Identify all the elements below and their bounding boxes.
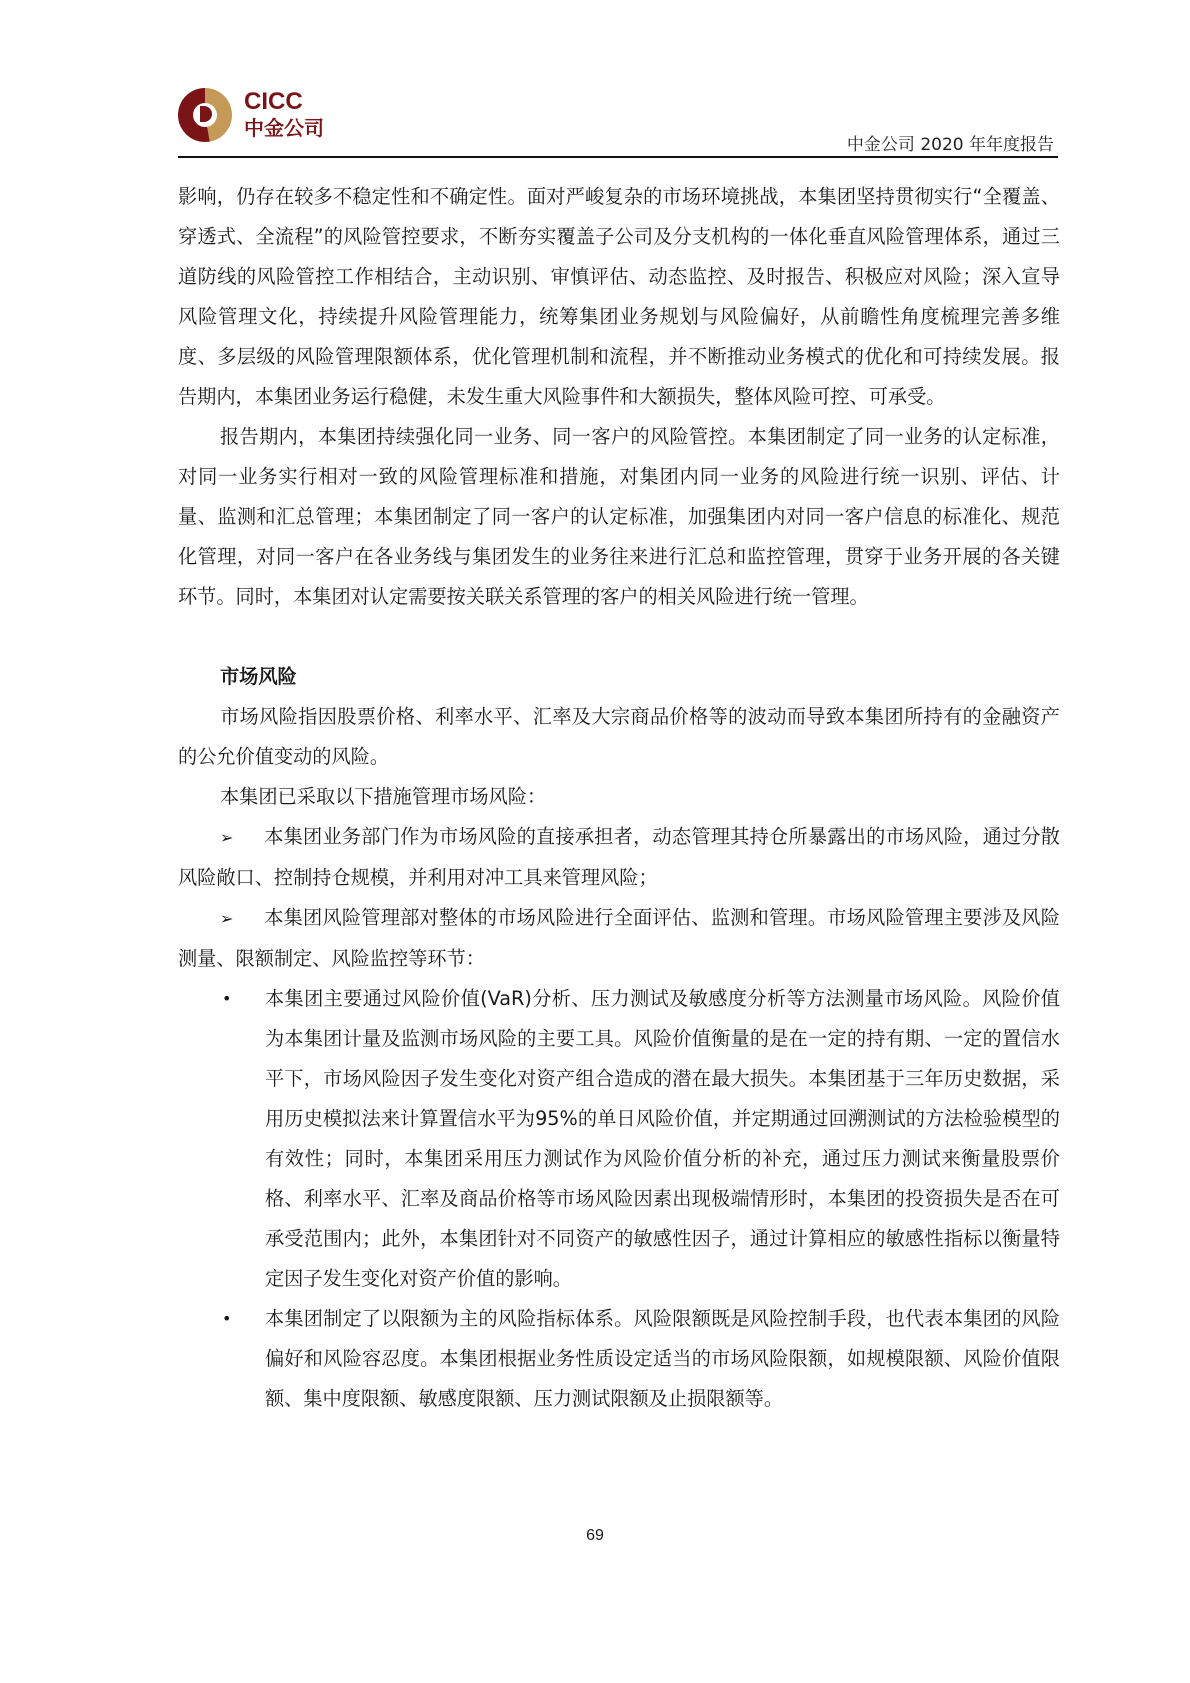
bullet-list-item: •本集团制定了以限额为主的风险指标体系。风险限额既是风险控制手段，也代表本集团的…	[178, 1299, 1060, 1419]
page-body: 影响，仍存在较多不稳定性和不确定性。面对严峻复杂的市场环境挑战，本集团坚持贯彻实…	[178, 177, 1060, 1419]
paragraph-measures-intro: 本集团已采取以下措施管理市场风险：	[178, 777, 1060, 817]
arrow-bullet-icon: ➢	[220, 899, 264, 939]
header-divider	[178, 156, 1058, 158]
bullet-list-item: •本集团主要通过风险价值(VaR)分析、压力测试及敏感度分析等方法测量市场风险。…	[178, 979, 1060, 1299]
report-title: 中金公司 2020 年年度报告	[847, 130, 1054, 155]
bullet-dot-icon: •	[222, 1299, 231, 1339]
logo-english-name: CICC	[244, 90, 303, 114]
arrow-list-item: ➢本集团业务部门作为市场风险的直接承担者，动态管理其持仓所暴露出的市场风险，通过…	[178, 817, 1060, 898]
page-number: 69	[0, 1527, 1190, 1545]
arrow-list-item: ➢本集团风险管理部对整体的市场风险进行全面评估、监测和管理。市场风险管理主要涉及…	[178, 898, 1060, 979]
cicc-logo: CICC 中金公司	[178, 88, 338, 144]
logo-chinese-name: 中金公司	[244, 116, 324, 140]
cicc-logo-mark-icon	[178, 88, 232, 142]
bullet-dot-icon: •	[222, 979, 231, 1019]
arrow-bullet-icon: ➢	[220, 818, 264, 858]
paragraph-same-business-client: 报告期内，本集团持续强化同一业务、同一客户的风险管控。本集团制定了同一业务的认定…	[178, 417, 1060, 617]
paragraph-market-risk-definition: 市场风险指因股票价格、利率水平、汇率及大宗商品价格等的波动而导致本集团所持有的金…	[178, 697, 1060, 777]
paragraph-risk-overview-continued: 影响，仍存在较多不稳定性和不确定性。面对严峻复杂的市场环境挑战，本集团坚持贯彻实…	[178, 177, 1060, 417]
section-heading-market-risk: 市场风险	[178, 657, 1060, 697]
